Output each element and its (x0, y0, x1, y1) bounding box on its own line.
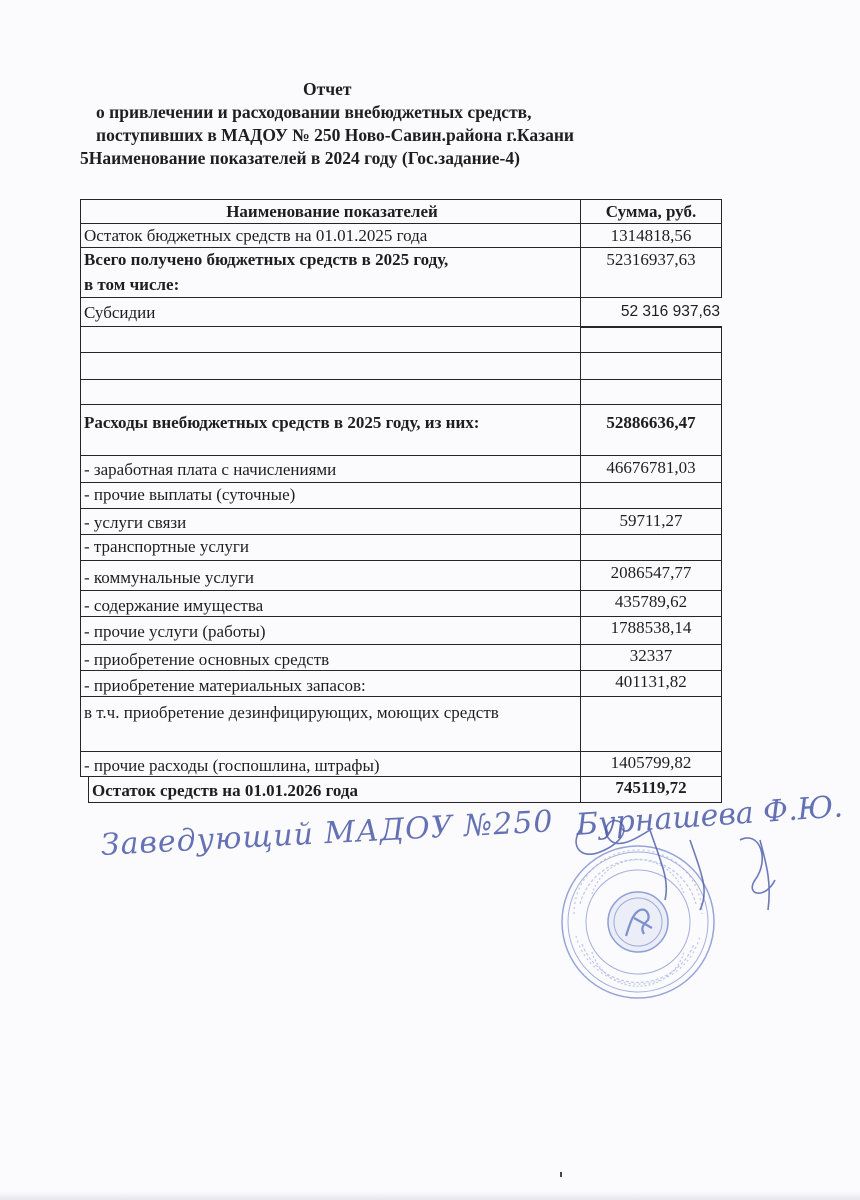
table-row: Расходы внебюджетных средств в 2025 году… (80, 405, 722, 456)
row-label: - прочие услуги (работы) (80, 617, 581, 645)
table-row: Субсидии 52 316 937,63 (80, 298, 722, 327)
row-label: - коммунальные услуги (80, 561, 581, 591)
row-label: Всего получено бюджетных средств в 2025 … (80, 248, 581, 298)
row-value (580, 327, 722, 353)
row-value: 1405799,82 (580, 752, 722, 777)
table-row: Всего получено бюджетных средств в 2025 … (80, 248, 722, 298)
table-row: в т.ч. приобретение дезинфицирующих, мою… (80, 697, 722, 752)
table-row: - приобретение основных средств 32337 (80, 645, 722, 671)
row-label-line-2: в том числе: (84, 274, 580, 296)
row-value: 52316937,63 (580, 248, 722, 298)
row-label-line-1: Всего получено бюджетных средств в 2025 … (84, 249, 580, 271)
table-row: - транспортные услуги (80, 535, 722, 561)
row-label: - приобретение основных средств (80, 645, 581, 671)
row-value: 52 316 937,63 (580, 298, 722, 327)
row-label: - приобретение материальных запасов: (80, 671, 581, 697)
row-value: 2086547,77 (580, 561, 722, 591)
table-row: - коммунальные услуги 2086547,77 (80, 561, 722, 591)
column-header-name: Наименование показателей (80, 199, 581, 224)
signature-area: Заведующий МАДОУ №250 Бурнашева Ф.Ю. (0, 800, 860, 1020)
row-label: - прочие выплаты (суточные) (80, 483, 581, 509)
table-row: - содержание имущества 435789,62 (80, 591, 722, 617)
report-subtitle-line-3: 5Наименование показателей в 2024 году (Г… (80, 147, 520, 169)
row-label: Остаток бюджетных средств на 01.01.2025 … (80, 224, 581, 248)
scan-artifact-mark (560, 1172, 562, 1177)
column-header-sum: Сумма, руб. (580, 199, 722, 224)
table-row (80, 380, 722, 405)
report-subtitle-line-2: поступивших в МАДОУ № 250 Ново-Савин.рай… (96, 124, 574, 146)
report-subtitle-line-1: о привлечении и расходовании внебюджетны… (96, 101, 532, 123)
signature-scribble-icon (540, 800, 840, 920)
handwritten-position: Заведующий МАДОУ №250 (100, 804, 554, 863)
row-label (80, 327, 581, 353)
row-label (80, 353, 581, 380)
report-title: Отчет (303, 78, 351, 100)
table-row: - приобретение материальных запасов: 401… (80, 671, 722, 697)
table-header-row: Наименование показателей Сумма, руб. (80, 199, 722, 224)
row-value (580, 535, 722, 561)
row-value: 52886636,47 (580, 405, 722, 456)
row-value (580, 353, 722, 380)
row-label: - транспортные услуги (80, 535, 581, 561)
row-label: - заработная плата с начислениями (80, 456, 581, 483)
table-row: Остаток бюджетных средств на 01.01.2025 … (80, 224, 722, 248)
table-row: - прочие расходы (госпошлина, штрафы) 14… (80, 752, 722, 777)
table-row: - прочие услуги (работы) 1788538,14 (80, 617, 722, 645)
row-label: Расходы внебюджетных средств в 2025 году… (80, 405, 581, 456)
table-row: - заработная плата с начислениями 466767… (80, 456, 722, 483)
row-value (580, 380, 722, 405)
row-value: 435789,62 (580, 591, 722, 617)
row-value: 401131,82 (580, 671, 722, 697)
row-value: 59711,27 (580, 509, 722, 535)
table-row: - услуги связи 59711,27 (80, 509, 722, 535)
row-label: Субсидии (80, 298, 581, 327)
row-label (80, 380, 581, 405)
row-value: 1314818,56 (580, 224, 722, 248)
table-row (80, 353, 722, 380)
row-value (580, 697, 722, 752)
row-value: 32337 (580, 645, 722, 671)
row-value: 46676781,03 (580, 456, 722, 483)
row-label: - услуги связи (80, 509, 581, 535)
row-value (580, 483, 722, 509)
scan-edge (0, 1192, 860, 1200)
table-row (80, 327, 722, 353)
table-row: - прочие выплаты (суточные) (80, 483, 722, 509)
row-label: - прочие расходы (госпошлина, штрафы) (80, 752, 581, 777)
row-value: 1788538,14 (580, 617, 722, 645)
row-label: - содержание имущества (80, 591, 581, 617)
row-label: в т.ч. приобретение дезинфицирующих, мою… (80, 697, 581, 752)
